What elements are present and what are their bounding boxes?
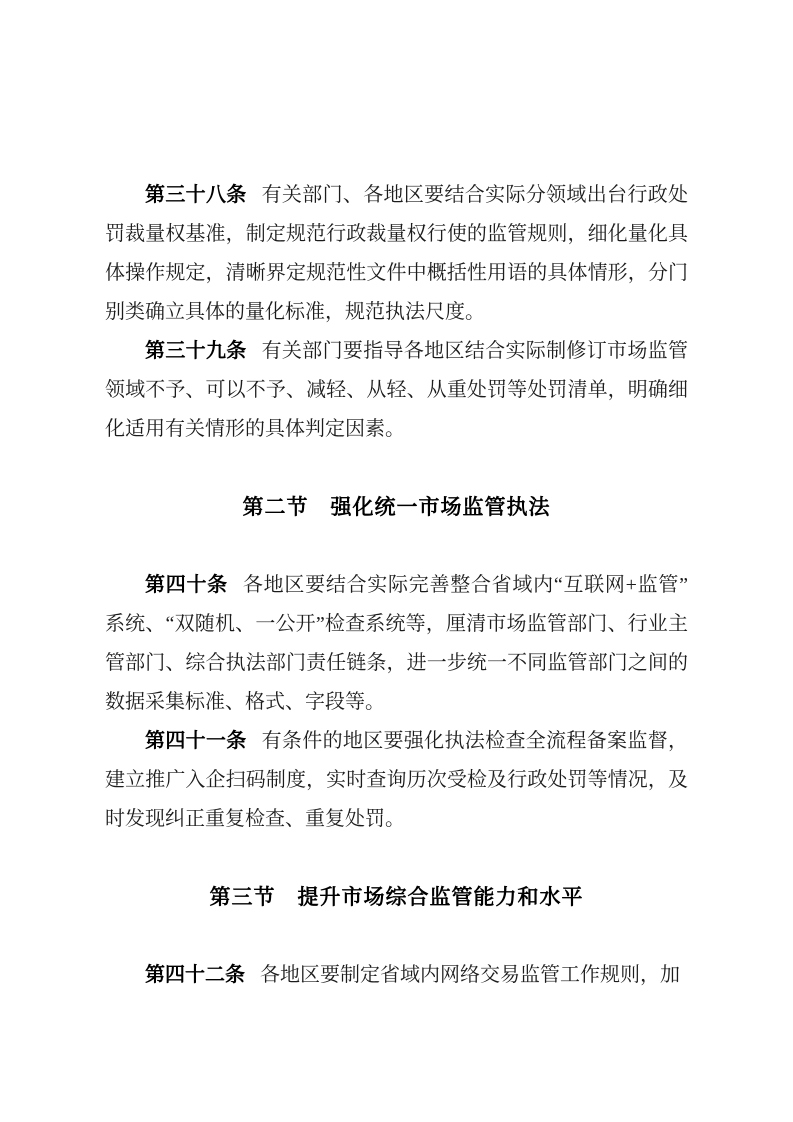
article-paragraph: 第四十一条有条件的地区要强化执法检查全流程备案监督，建立推广入企扫码制度，实时查… bbox=[105, 722, 688, 839]
section-heading: 第二节 强化统一市场监管执法 bbox=[105, 488, 688, 527]
article-number: 第四十二条 bbox=[145, 964, 245, 986]
article-paragraph: 第三十八条有关部门、各地区要结合实际分领域出台行政处罚裁量权基准，制定规范行政裁… bbox=[105, 176, 688, 332]
article-number: 第四十一条 bbox=[145, 730, 247, 752]
article-number: 第三十八条 bbox=[145, 184, 247, 206]
article-paragraph: 第四十条各地区要结合实际完善整合省域内“互联网+监管”系统、“双随机、一公开”检… bbox=[105, 566, 688, 722]
article-number: 第三十九条 bbox=[145, 340, 247, 362]
article-paragraph: 第三十九条有关部门要指导各地区结合实际制修订市场监管领域不予、可以不予、减轻、从… bbox=[105, 332, 688, 449]
section-heading: 第三节 提升市场综合监管能力和水平 bbox=[105, 878, 688, 917]
article-paragraph: 第四十二条各地区要制定省域内网络交易监管工作规则，加 bbox=[105, 956, 688, 995]
document-content: 第三十八条有关部门、各地区要结合实际分领域出台行政处罚裁量权基准，制定规范行政裁… bbox=[0, 0, 793, 995]
article-number: 第四十条 bbox=[145, 574, 228, 596]
article-text: 各地区要制定省域内网络交易监管工作规则，加 bbox=[260, 964, 680, 986]
document-page: 第三十八条有关部门、各地区要结合实际分领域出台行政处罚裁量权基准，制定规范行政裁… bbox=[0, 0, 793, 1122]
